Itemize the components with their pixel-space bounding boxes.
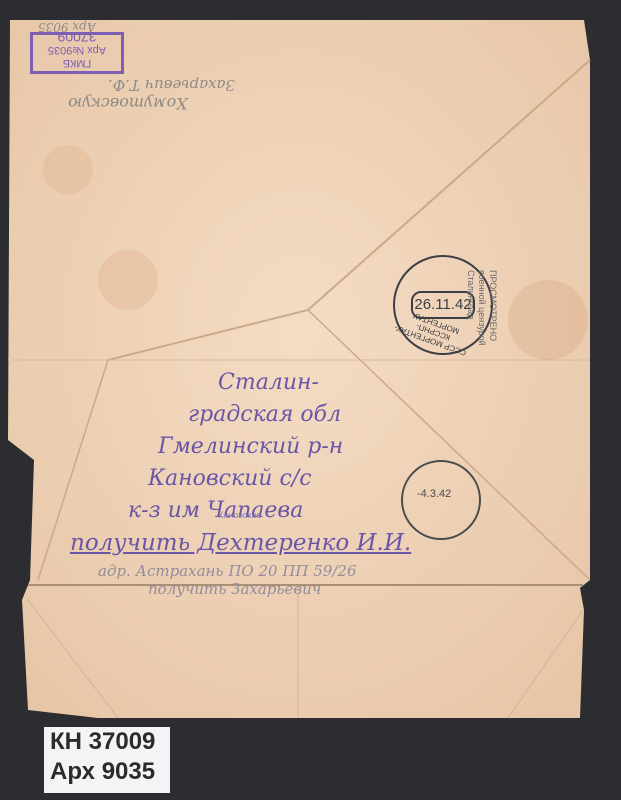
address-line: градская обл xyxy=(188,402,341,427)
address-line: Гмелинский р-н xyxy=(158,434,343,459)
address-line: к-з им Чапаева xyxy=(128,498,303,523)
censor-line: Сталинград xyxy=(465,270,476,360)
recipient-line: получить Дехтеренко И.И. xyxy=(70,530,411,556)
catalog-number: КН 37009 xyxy=(50,727,170,757)
address-line: Сталин- xyxy=(218,370,319,395)
triangle-stamp: Кановское xyxy=(218,510,261,520)
pencil-note-line: Хомутовскую xyxy=(68,94,188,113)
address-line: Кановский с/с xyxy=(148,466,312,491)
pencil-note-line: Захарьевич Т.Ф. xyxy=(108,76,235,94)
stamp-line: ГМКБ xyxy=(33,56,121,69)
censor-stamp: ПРОСМОТРЕНО военной цензурой Сталинград xyxy=(465,270,498,360)
letter-paper: ГМКБ Арх №9035 37009 Арх 9035 Захарьевич… xyxy=(8,20,591,720)
pencil-archive-number: Арх 9035 xyxy=(38,20,96,34)
postmark-secondary: -4.3.42 xyxy=(401,460,481,540)
postmark-date: -4.3.42 xyxy=(417,488,451,500)
archive-number: Арх 9035 xyxy=(50,757,170,787)
return-address-line: получить Захарьевич xyxy=(148,580,321,598)
censor-line: военной цензурой xyxy=(476,270,487,360)
return-address-line: адр. Астрахань ПО 20 ПП 59/26 xyxy=(98,562,357,580)
catalog-label: КН 37009 Арх 9035 xyxy=(44,727,170,793)
archive-stamp: ГМКБ Арх №9035 37009 xyxy=(30,32,124,74)
censor-line: ПРОСМОТРЕНО xyxy=(487,270,498,360)
